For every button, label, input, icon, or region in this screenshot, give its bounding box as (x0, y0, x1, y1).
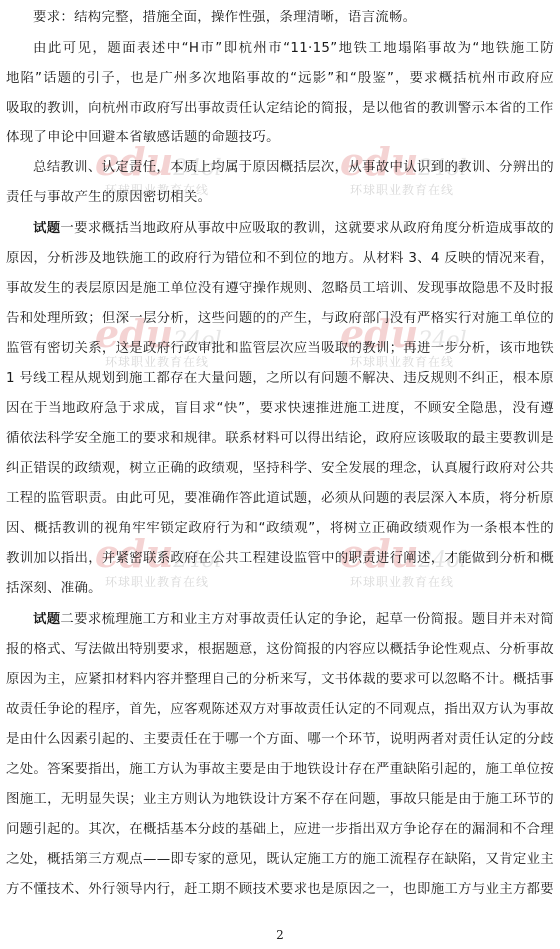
line-text: 1 号线工程从规划到施工都存在大量问题，之所以有问题不解决、违反规则不纠正，根本… (6, 371, 554, 386)
line-text: 原因，分析涉及地铁施工的政府行为错位和不到位的地方。从材料 3、4 反映的情况来… (6, 251, 554, 266)
line-text: 因在于当地政府急于求成，盲目求“快”，要求快速推进施工进度，不顾安全隐患，没有遵 (6, 401, 554, 416)
text-line: 循依法科学安全施工的要求和规律。联系材料可以得出结论，政府应该吸取的最主要教训是 (6, 431, 554, 447)
text-line: 因在于当地政府急于求成，盲目求“快”，要求快速推进施工进度，不顾安全隐患，没有遵 (6, 401, 554, 417)
text-line: 事故发生的表层原因是施工单位没有遵守操作规则、忽略员工培训、发现事故隐患不及时报 (6, 281, 554, 297)
text-line: 之处，概括第三方观点——即专家的意见，既认定施工方的施工流程存在缺陷，又肯定业主 (6, 852, 554, 868)
question-label: 试题 (33, 221, 60, 236)
text-line: 吸取的教训，向杭州市政府写出事故责任认定结论的简报，是以他省的教训警示本省的工作… (6, 101, 554, 117)
line-text: 括深刻、准确。 (6, 581, 102, 596)
line-text: 图施工，无明显失误；业主方则认为地铁设计方案不存在问题，事故只能是由于施工环节的 (6, 792, 554, 807)
text-line: 教训加以指出，并紧密联系政府在公共工程建设监管中的职责进行阐述，才能做到分析和概 (6, 551, 554, 567)
text-line: 括深刻、准确。 (6, 581, 554, 597)
text-line: 原因为主，应紧扣材料内容并整理自己的分析来写，文书体裁的要求可以忽略不计。概括事 (6, 672, 554, 688)
text-line: 工程的监管职责。由此可见，要准确作答此道试题，必须从问题的表层深入本质，将分析原 (6, 491, 554, 507)
text-line: 之处。答案要指出，施工方认为事故主要是由于地铁设计存在严重缺陷引起的，施工单位按 (6, 762, 554, 778)
text-line: 试题一要求概括当地政府从事故中应吸取的教训，这就要求从政府角度分析造成事故的 (33, 221, 554, 237)
text-line: 故责任争论的程序，首先，应客观陈述双方对事故责任认定的不同观点，指出双方认为事故 (6, 702, 554, 718)
text-line: 原因，分析涉及地铁施工的政府行为错位和不到位的地方。从材料 3、4 反映的情况来… (6, 251, 554, 267)
line-text: 体现了申论中回避本省敏感话题的命题技巧。 (6, 130, 280, 145)
line-text: 责任与事故产生的原因密切相关。 (6, 190, 211, 205)
line-text: 事故发生的表层原因是施工单位没有遵守操作规则、忽略员工培训、发现事故隐患不及时报 (6, 281, 554, 296)
line-text: 教训加以指出，并紧密联系政府在公共工程建设监管中的职责进行阐述，才能做到分析和概 (6, 551, 554, 566)
line-text: 要求：结构完整，措施全面，操作性强，条理清晰，语言流畅。 (33, 10, 416, 25)
text-line: 总结教训、认定责任，本质上均属于原因概括层次，从事故中认识到的教训、分辨出的 (33, 160, 554, 176)
line-text: 因、概括教训的视角牢牢锁定政府行为和“政绩观”，将树立正确政绩观作为一条根本性的 (6, 521, 554, 536)
text-line: 地陷”话题的引子，也是广州多次地陷事故的“远影”和“殷鉴”，要求概括杭州市政府应 (6, 71, 554, 87)
line-text: 故责任争论的程序，首先，应客观陈述双方对事故责任认定的不同观点，指出双方认为事故 (6, 702, 554, 717)
line-text: 报的格式、写法做出特别要求，根据题意，这份简报的内容应以概括争论性观点、分析事故 (6, 642, 554, 657)
text-line: 体现了申论中回避本省敏感话题的命题技巧。 (6, 130, 554, 146)
line-text: 地陷”话题的引子，也是广州多次地陷事故的“远影”和“殷鉴”，要求概括杭州市政府应 (6, 71, 554, 86)
line-text: 之处。答案要指出，施工方认为事故主要是由于地铁设计存在严重缺陷引起的，施工单位按 (6, 762, 554, 777)
text-line: 1 号线工程从规划到施工都存在大量问题，之所以有问题不解决、违反规则不纠正，根本… (6, 371, 554, 387)
line-text: 之处，概括第三方观点——即专家的意见，既认定施工方的施工流程存在缺陷，又肯定业主 (6, 852, 554, 867)
line-text: 纠正错误的政绩观，树立正确的政绩观，坚持科学、安全发展的理念，认真履行政府对公共 (6, 461, 554, 476)
text-line: 方不懂技术、外行领导内行，赶工期不顾技术要求也是原因之一，也即施工方与业主方都要 (6, 882, 554, 898)
text-line: 由此可见，题面表述中“H市”即杭州市“11·15”地铁工地塌陷事故为“地铁施工防 (33, 41, 554, 57)
question-label: 试题 (33, 612, 60, 627)
line-text: 工程的监管职责。由此可见，要准确作答此道试题，必须从问题的表层深入本质，将分析原 (6, 491, 554, 506)
line-text: 循依法科学安全施工的要求和规律。联系材料可以得出结论，政府应该吸取的最主要教训是 (6, 431, 554, 446)
text-line: 报的格式、写法做出特别要求，根据题意，这份简报的内容应以概括争论性观点、分析事故 (6, 642, 554, 658)
line-text: 方不懂技术、外行领导内行，赶工期不顾技术要求也是原因之一，也即施工方与业主方都要 (6, 882, 554, 897)
text-line: 问题引起的。其次，在概括基本分歧的基础上，应进一步指出双方争论存在的漏洞和不合理 (6, 822, 554, 838)
line-text: 一要求概括当地政府从事故中应吸取的教训，这就要求从政府角度分析造成事故的 (60, 221, 554, 236)
line-text: 总结教训、认定责任，本质上均属于原因概括层次，从事故中认识到的教训、分辨出的 (33, 160, 554, 175)
text-line: 图施工，无明显失误；业主方则认为地铁设计方案不存在问题，事故只能是由于施工环节的 (6, 792, 554, 808)
text-line: 试题二要求梳理施工方和业主方对事故责任认定的争论，起草一份简报。题目并未对简 (33, 612, 554, 628)
text-line: 纠正错误的政绩观，树立正确的政绩观，坚持科学、安全发展的理念，认真履行政府对公共 (6, 461, 554, 477)
line-text: 问题引起的。其次，在概括基本分歧的基础上，应进一步指出双方争论存在的漏洞和不合理 (6, 822, 554, 837)
text-line: 责任与事故产生的原因密切相关。 (6, 190, 554, 206)
text-line: 是由什么因素引起的、主要责任在于哪一个方面、哪一个环节，说明两者对责任认定的分歧 (6, 732, 554, 748)
text-line: 要求：结构完整，措施全面，操作性强，条理清晰，语言流畅。 (33, 10, 554, 26)
line-text: 监管有密切关系，这是政府行政审批和监管层次应当吸取的教训；再进一步分析，该市地铁 (6, 341, 554, 356)
text-line: 监管有密切关系，这是政府行政审批和监管层次应当吸取的教训；再进一步分析，该市地铁 (6, 341, 554, 357)
text-line: 因、概括教训的视角牢牢锁定政府行为和“政绩观”，将树立正确政绩观作为一条根本性的 (6, 521, 554, 537)
document-page: edu24ol 环球职业教育在线 edu24ol 环球职业教育在线 edu24o… (0, 0, 560, 949)
line-text: 二要求梳理施工方和业主方对事故责任认定的争论，起草一份简报。题目并未对简 (60, 612, 554, 627)
text-line: 告和处理所致；但深一层分析，这些问题的的产生，与政府部门没有严格实行对施工单位的 (6, 311, 554, 327)
line-text: 是由什么因素引起的、主要责任在于哪一个方面、哪一个环节，说明两者对责任认定的分歧 (6, 732, 554, 747)
page-number: 2 (0, 928, 560, 942)
line-text: 告和处理所致；但深一层分析，这些问题的的产生，与政府部门没有严格实行对施工单位的 (6, 311, 554, 326)
line-text: 原因为主，应紧扣材料内容并整理自己的分析来写，文书体裁的要求可以忽略不计。概括事 (6, 672, 554, 687)
line-text: 吸取的教训，向杭州市政府写出事故责任认定结论的简报，是以他省的教训警示本省的工作… (6, 101, 554, 116)
line-text: 由此可见，题面表述中“H市”即杭州市“11·15”地铁工地塌陷事故为“地铁施工防 (33, 41, 554, 56)
